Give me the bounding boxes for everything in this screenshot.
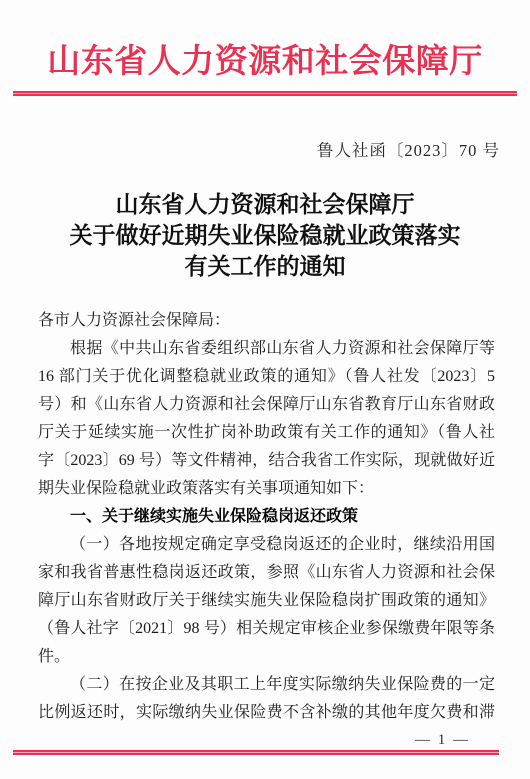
body-line: 比例返还时，实际缴纳失业保险费不含补缴的其他年度欠费和滞 [38,699,495,727]
letterhead-title: 山东省人力资源和社会保障厅 [0,42,530,82]
document-title-line: 关于做好近期失业保险稳就业政策落实 [0,220,530,251]
body-line: （一）各地按规定确定享受稳岗返还的企业时，继续沿用国 [38,531,495,559]
body-line: 根据《中共山东省委组织部山东省人力资源和社会保障厅等 [38,335,495,363]
footer-divider-line [13,750,499,755]
body-line: 件。 [38,643,495,671]
document-title: 山东省人力资源和社会保障厅 关于做好近期失业保险稳就业政策落实 有关工作的通知 [0,189,530,282]
body-line: 号）和《山东省人力资源和社会保障厅山东省教育厅山东省财政 [38,391,495,419]
header-divider-line [13,91,517,96]
document-title-line: 有关工作的通知 [0,251,530,282]
body-line: 16 部门关于优化调整稳就业政策的通知》（鲁人社发〔2023〕5 [38,363,495,391]
page-number: — 1 — [415,732,470,749]
body-line: 障厅山东省财政厅关于继续实施失业保险稳岗扩围政策的通知》 [38,587,495,615]
body-line: （鲁人社字〔2021〕98 号）相关规定审核企业参保缴费年限等条 [38,615,495,643]
document-title-line: 山东省人力资源和社会保障厅 [0,189,530,220]
body-line: 各市人力资源社会保障局： [38,307,495,335]
document-body: 各市人力资源社会保障局：根据《中共山东省委组织部山东省人力资源和社会保障厅等16… [0,307,530,727]
body-line: 字〔2023〕69 号）等文件精神，结合我省工作实际，现就做好近 [38,447,495,475]
document-number: 鲁人社函〔2023〕70 号 [0,140,530,162]
body-line: 家和我省普惠性稳岗返还政策，参照《山东省人力资源和社会保 [38,559,495,587]
body-line: 期失业保险稳就业政策落实有关事项通知如下： [38,475,495,503]
document-page: 山东省人力资源和社会保障厅 鲁人社函〔2023〕70 号 山东省人力资源和社会保… [0,0,530,779]
body-line: （二）在按企业及其职工上年度实际缴纳失业保险费的一定 [38,671,495,699]
body-line: 厅关于延续实施一次性扩岗补助政策有关工作的通知》（鲁人社 [38,419,495,447]
section-heading: 一、关于继续实施失业保险稳岗返还政策 [38,503,495,531]
